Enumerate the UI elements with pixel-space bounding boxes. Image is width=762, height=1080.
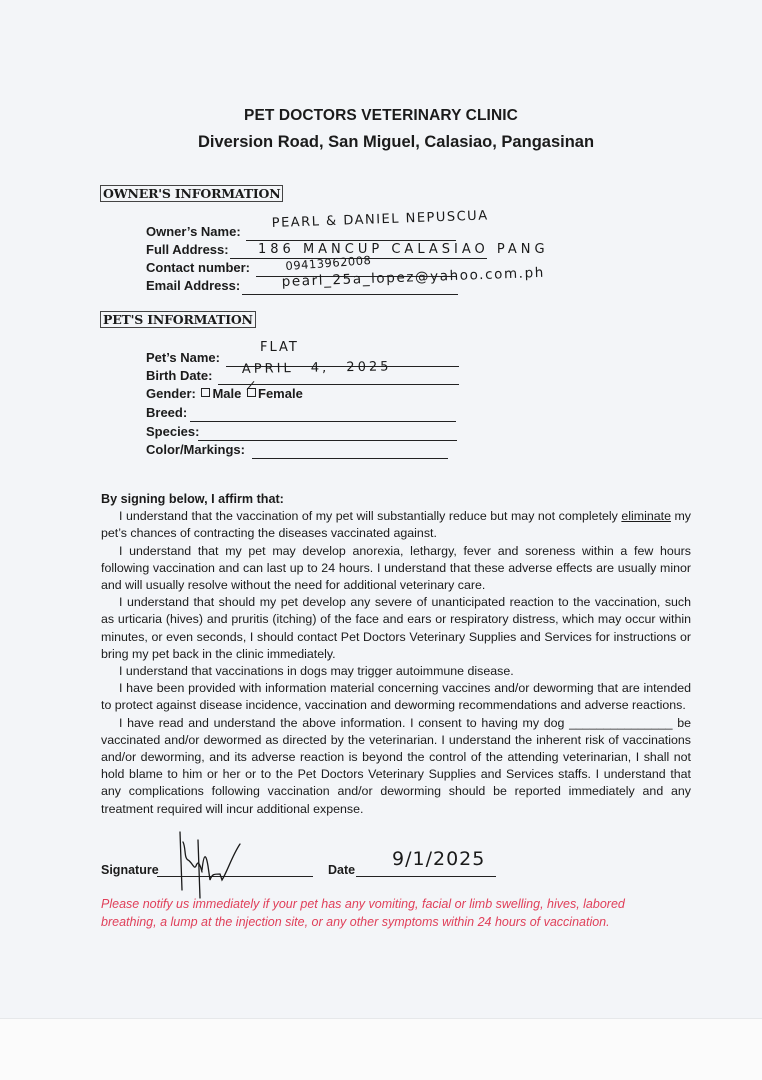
gender-label: Gender:	[146, 386, 196, 401]
gender-row: Gender: Male Female	[146, 386, 303, 401]
birth-date-line	[218, 384, 459, 385]
owner-name-value[interactable]: PEARL & DANIEL NEPUSCUA	[271, 208, 488, 231]
female-checkbox[interactable]	[247, 388, 256, 397]
owner-name-label: Owner’s Name:	[146, 224, 241, 239]
female-label: Female	[258, 386, 303, 401]
full-address-label: Full Address:	[146, 242, 229, 257]
contact-number-label: Contact number:	[146, 260, 250, 275]
dog-name-blank[interactable]: _______________	[569, 716, 672, 730]
pet-name-value[interactable]: FLAT	[260, 340, 299, 355]
owner-name-line	[246, 240, 456, 241]
consent-p6-text: I have read and understand the above inf…	[119, 716, 569, 730]
date-value[interactable]: 9/1/2025	[392, 848, 485, 870]
eliminate-underlined: eliminate	[621, 509, 671, 523]
breed-line[interactable]	[190, 421, 456, 422]
clinic-name: PET DOCTORS VETERINARY CLINIC	[0, 107, 762, 125]
consent-paragraph-4: I understand that vaccinations in dogs m…	[101, 663, 691, 680]
consent-text: By signing below, I affirm that: I under…	[101, 491, 691, 818]
date-label: Date	[328, 863, 355, 877]
consent-paragraph-1: I understand that the vaccination of my …	[101, 508, 691, 542]
breed-label: Breed:	[146, 405, 187, 420]
clinic-address: Diversion Road, San Miguel, Calasiao, Pa…	[0, 133, 762, 152]
pet-name-label: Pet’s Name:	[146, 350, 220, 365]
consent-p1-text: I understand that the vaccination of my …	[119, 509, 621, 523]
full-address-value[interactable]: 186 MANCUP CALASIAO PANG	[258, 242, 549, 257]
male-label: Male	[212, 386, 241, 401]
male-checkbox[interactable]	[201, 388, 210, 397]
consent-p6-tail: be vaccinated and/or dewormed as directe…	[101, 716, 691, 816]
birth-date-value[interactable]: APRIL 4, 2025	[242, 359, 392, 377]
post-vaccination-notice: Please notify us immediately if your pet…	[101, 896, 661, 931]
signature-scribble-icon	[170, 830, 270, 900]
check-mark-icon	[247, 381, 255, 390]
species-line[interactable]	[198, 440, 457, 441]
birth-date-label: Birth Date:	[146, 368, 212, 383]
consent-lead: By signing below, I affirm that:	[101, 491, 691, 508]
color-markings-label: Color/Markings:	[146, 442, 245, 457]
color-markings-line[interactable]	[252, 458, 448, 459]
scan-bottom-strip	[0, 1018, 762, 1080]
species-label: Species:	[146, 424, 199, 439]
consent-paragraph-2: I understand that my pet may develop ano…	[101, 543, 691, 595]
consent-paragraph-6: I have read and understand the above inf…	[101, 715, 691, 818]
consent-paragraph-5: I have been provided with information ma…	[101, 680, 691, 714]
consent-paragraph-3: I understand that should my pet develop …	[101, 594, 691, 663]
date-line[interactable]	[356, 876, 496, 877]
owner-section-heading: OWNER'S INFORMATION	[100, 185, 283, 202]
email-address-label: Email Address:	[146, 278, 240, 293]
signature-label: Signature	[101, 863, 159, 877]
pet-section-heading: PET'S INFORMATION	[100, 311, 256, 328]
email-address-line	[242, 294, 458, 295]
